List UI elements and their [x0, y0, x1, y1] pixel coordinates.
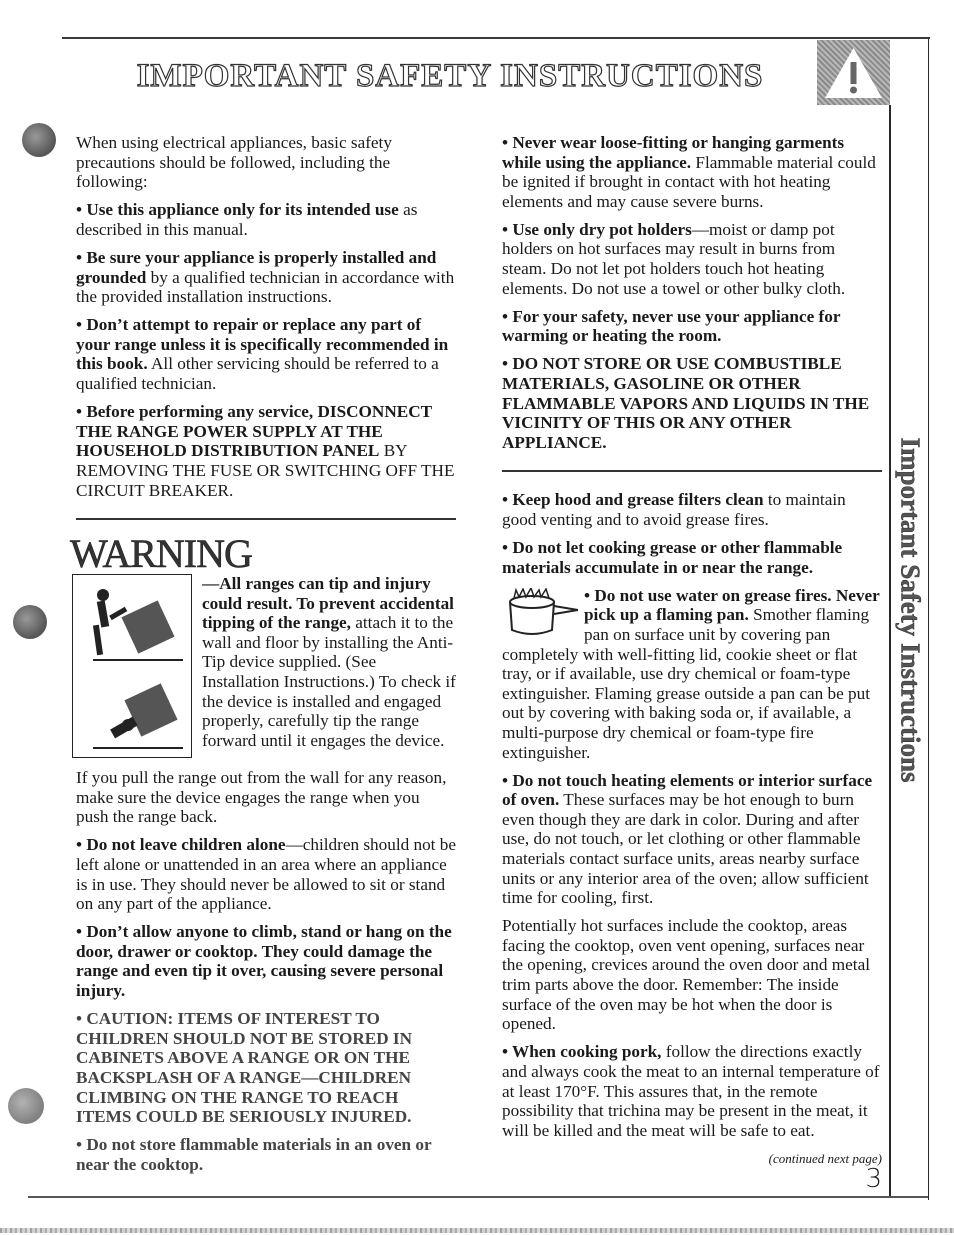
side-tab: Important Safety Instructions [892, 430, 928, 790]
range-tipping-illustration [72, 574, 192, 758]
list-item: • Do not let cooking grease or other fla… [502, 538, 882, 577]
list-item: • Do not touch heating elements or inter… [502, 771, 882, 908]
page-number: 3 [502, 1170, 882, 1190]
binder-hole-icon [8, 1088, 44, 1124]
warning-triangle-icon [817, 40, 890, 105]
list-item: • CAUTION: ITEMS OF INTEREST TO CHILDREN… [76, 1009, 456, 1127]
list-item: • Use only dry pot holders—moist or damp… [502, 220, 882, 298]
column-divider-right [889, 105, 891, 1197]
list-item: • When cooking pork, follow the directio… [502, 1042, 882, 1140]
list-item: • Don’t attempt to repair or replace any… [76, 315, 456, 393]
warning-heading: WARNING [70, 531, 252, 576]
section-divider [76, 518, 456, 520]
list-item: • Use this appliance only for its intend… [76, 200, 456, 239]
section-divider [502, 470, 882, 472]
list-item: • Don’t allow anyone to climb, stand or … [76, 922, 456, 1000]
list-item: • Never wear loose-fitting or hanging ga… [502, 133, 882, 211]
page-border-right [928, 38, 929, 1200]
intro-text: When using electrical appliances, basic … [76, 133, 456, 192]
list-item: • Be sure your appliance is properly ins… [76, 248, 456, 307]
scan-artifact-strip [0, 1228, 954, 1233]
top-rule [62, 37, 930, 39]
bottom-rule [28, 1196, 928, 1198]
list-item: • DO NOT STORE OR USE COMBUSTIBLE MATERI… [502, 354, 882, 452]
binder-hole-icon [13, 605, 47, 639]
side-tab-label: Important Safety Instructions [895, 437, 926, 782]
page-title: IMPORTANT SAFETY INSTRUCTIONS [100, 58, 800, 95]
hot-surfaces-text: Potentially hot surfaces include the coo… [502, 916, 882, 1034]
continued-note: (continued next page) [502, 1149, 882, 1169]
list-item: • Keep hood and grease filters clean to … [502, 490, 882, 529]
after-warning-text: If you pull the range out from the wall … [76, 768, 456, 827]
list-item: • Do not leave children alone—children s… [76, 835, 456, 913]
flaming-pan-icon [506, 588, 578, 638]
left-column: When using electrical appliances, basic … [76, 133, 456, 1183]
right-column: • Never wear loose-fitting or hanging ga… [502, 133, 882, 1190]
binder-hole-icon [22, 123, 56, 157]
list-item: • Do not store flammable materials in an… [76, 1135, 456, 1174]
grease-fire-item: • Do not use water on grease fires. Neve… [502, 586, 882, 762]
list-item: • Before performing any service, DISCONN… [76, 402, 456, 500]
anti-tip-warning: WARNING—All ranges can tip and injury co… [76, 534, 456, 760]
list-item: • For your safety, never use your applia… [502, 307, 882, 346]
